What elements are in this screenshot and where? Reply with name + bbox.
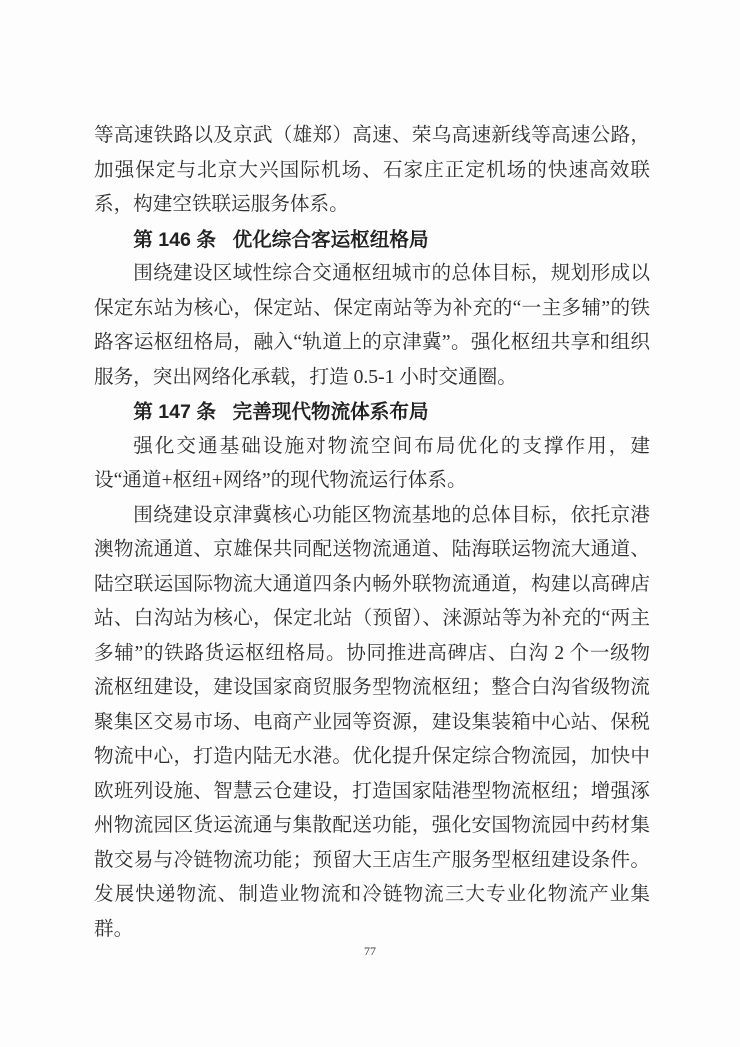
article-heading-147: 第 147 条完善现代物流体系布局 — [94, 395, 650, 430]
paragraph: 强化交通基础设施对物流空间布局优化的支撑作用，建设“通道+枢纽+网络”的现代物流… — [94, 430, 650, 499]
paragraph-continuation: 等高速铁路以及京武（雄郑）高速、荣乌高速新线等高速公路，加强保定与北京大兴国际机… — [94, 119, 650, 223]
page-content: 等高速铁路以及京武（雄郑）高速、荣乌高速新线等高速公路，加强保定与北京大兴国际机… — [94, 119, 650, 947]
article-number: 第 147 条 — [133, 401, 216, 423]
article-number: 第 146 条 — [133, 229, 216, 251]
article-title: 完善现代物流体系布局 — [233, 401, 429, 423]
article-title: 优化综合客运枢纽格局 — [233, 229, 429, 251]
paragraph: 围绕建设京津冀核心功能区物流基地的总体目标，依托京港澳物流通道、京雄保共同配送物… — [94, 499, 650, 948]
article-heading-146: 第 146 条优化综合客运枢纽格局 — [94, 223, 650, 258]
document-page: 等高速铁路以及京武（雄郑）高速、荣乌高速新线等高速公路，加强保定与北京大兴国际机… — [0, 0, 740, 1047]
paragraph: 围绕建设区域性综合交通枢纽城市的总体目标，规划形成以保定东站为核心，保定站、保定… — [94, 257, 650, 395]
page-number: 77 — [0, 944, 740, 959]
